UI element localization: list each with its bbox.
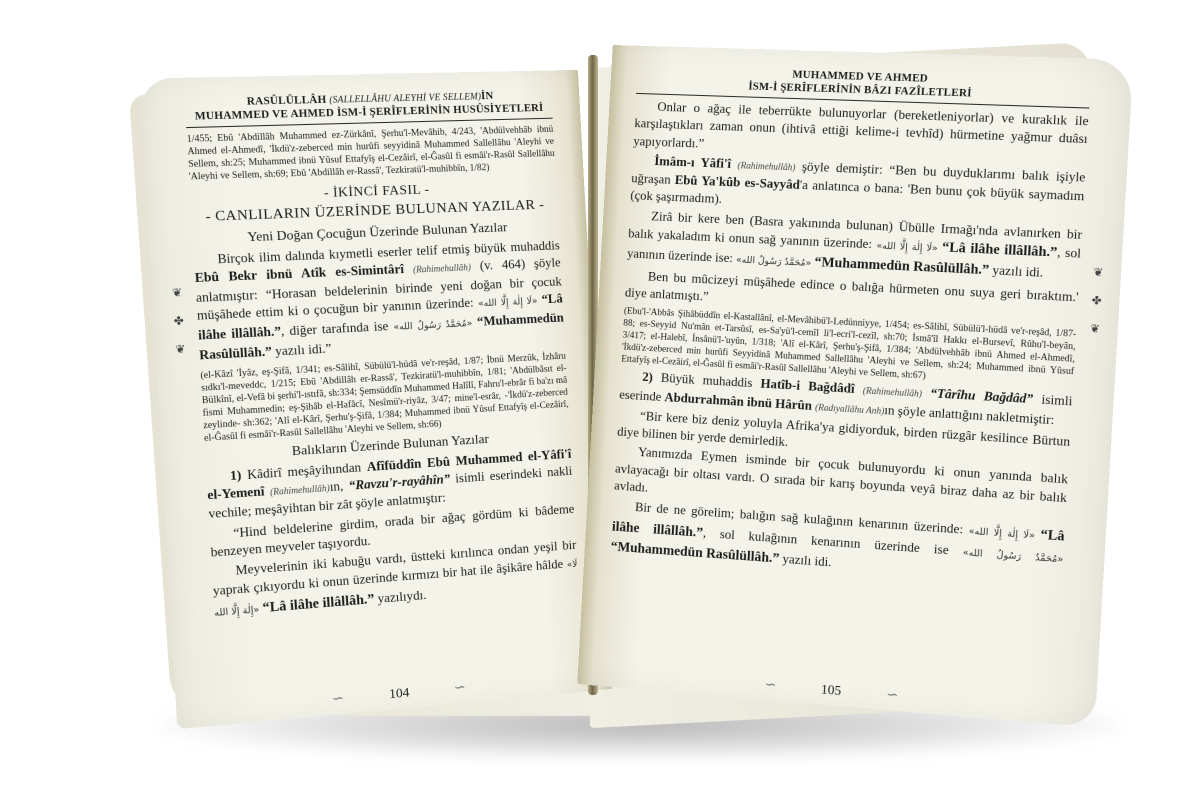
paragraph: Birçok ilim dalında kıymetli eserler tel… [193, 237, 565, 365]
flourish-icon: ∽ [331, 690, 344, 709]
right-body-text-2: 2) Büyük muhaddis Hatîb-i Bağdâdî (Rahim… [610, 368, 1073, 589]
right-running-head: MUHAMMED VE AHMED İSM-İ ŞERÎFLERİNİN BÂZ… [636, 64, 1091, 105]
flourish-icon: ∽ [764, 676, 777, 694]
flourish-icon: ∽ [886, 686, 899, 704]
left-body-text-2: 1) Kâdirî meşâyihından Afîfüddîn Ebû Muh… [206, 445, 579, 623]
left-body-text: Birçok ilim dalında kıymetli eserler tel… [193, 237, 565, 365]
book-photo-scene: ❦ ✤ ❦ RASÛLÜLLÂH (SALLELLÂHU ALEYHİ VE S… [0, 0, 1200, 803]
page-number: 105 [821, 681, 842, 698]
right-page: ❦ ✤ ❦ MUHAMMED VE AHMED İSM-İ ŞERÎFLERİN… [577, 45, 1133, 728]
side-ornament-icon: ❦ ✤ ❦ [1087, 267, 1106, 334]
page-number: 104 [389, 684, 410, 701]
right-body-text: Onlar o ağaç ile teberrükte bulunuyorlar… [624, 98, 1089, 325]
left-page: ❦ ✤ ❦ RASÛLÜLLÂH (SALLELLÂHU ALEYHİ VE S… [140, 70, 613, 729]
footnote-top: 1/455; Ebû 'Abdillâh Muhammed ez-Zürkânî… [186, 123, 555, 183]
flourish-icon: ∽ [453, 679, 466, 697]
side-ornament-icon: ❦ ✤ ❦ [169, 288, 188, 356]
